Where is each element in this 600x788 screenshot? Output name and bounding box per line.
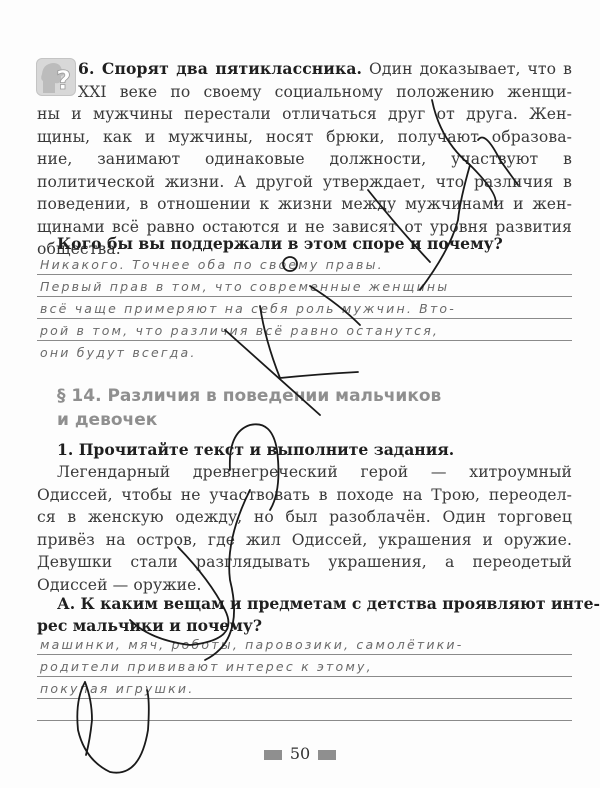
task6-title: 6. Спорят два пятиклассника. [78, 59, 362, 78]
handwritten-answer-line: родители прививают интерес к этому, [40, 659, 373, 674]
handwritten-answer-line: Первый прав в том, что современные женщи… [40, 279, 449, 294]
handwritten-answer-line: рой в том, что различия всё равно остану… [40, 323, 439, 338]
task6-question: Кого бы вы поддержали в этом споре и поч… [57, 234, 503, 253]
task6-text: 6. Спорят два пятиклассника. Один доказы… [37, 58, 572, 261]
workbook-page: ? 6. Спорят два пятиклассника. Один дока… [0, 0, 600, 788]
task1-question-a: А. К каким вещам и предметам с детства п… [57, 594, 600, 613]
task1-text: Легендарный древнегреческий герой — хитр… [37, 461, 572, 596]
page-number-decoration [264, 750, 282, 760]
handwritten-answer-line: всё чаще примеряют на себя роль мужчин. … [40, 301, 456, 316]
answer-line [37, 296, 572, 297]
handwritten-answer-line: они будут всегда. [40, 345, 197, 360]
answer-line [37, 654, 572, 655]
answer-line [37, 340, 572, 341]
handwritten-answer-line: машинки, мяч, роботы, паровозики, самолё… [40, 637, 463, 652]
handwritten-answer-line: покупая игрушки. [40, 681, 194, 696]
page-number: 50 [0, 744, 600, 763]
task1-title: 1. Прочитайте текст и выполните задания. [57, 440, 454, 459]
page-number-decoration [318, 750, 336, 760]
task1-question-a-cont: рес мальчики и почему? [37, 616, 262, 635]
answer-line [37, 698, 572, 699]
answer-line [37, 720, 572, 721]
handwritten-answer-line: Никакого. Точнее оба по своему правы. [40, 257, 384, 272]
answer-line [37, 318, 572, 319]
section-heading: § 14. Различия в поведении мальчиков и д… [57, 384, 441, 432]
answer-line [37, 274, 572, 275]
answer-line [37, 676, 572, 677]
